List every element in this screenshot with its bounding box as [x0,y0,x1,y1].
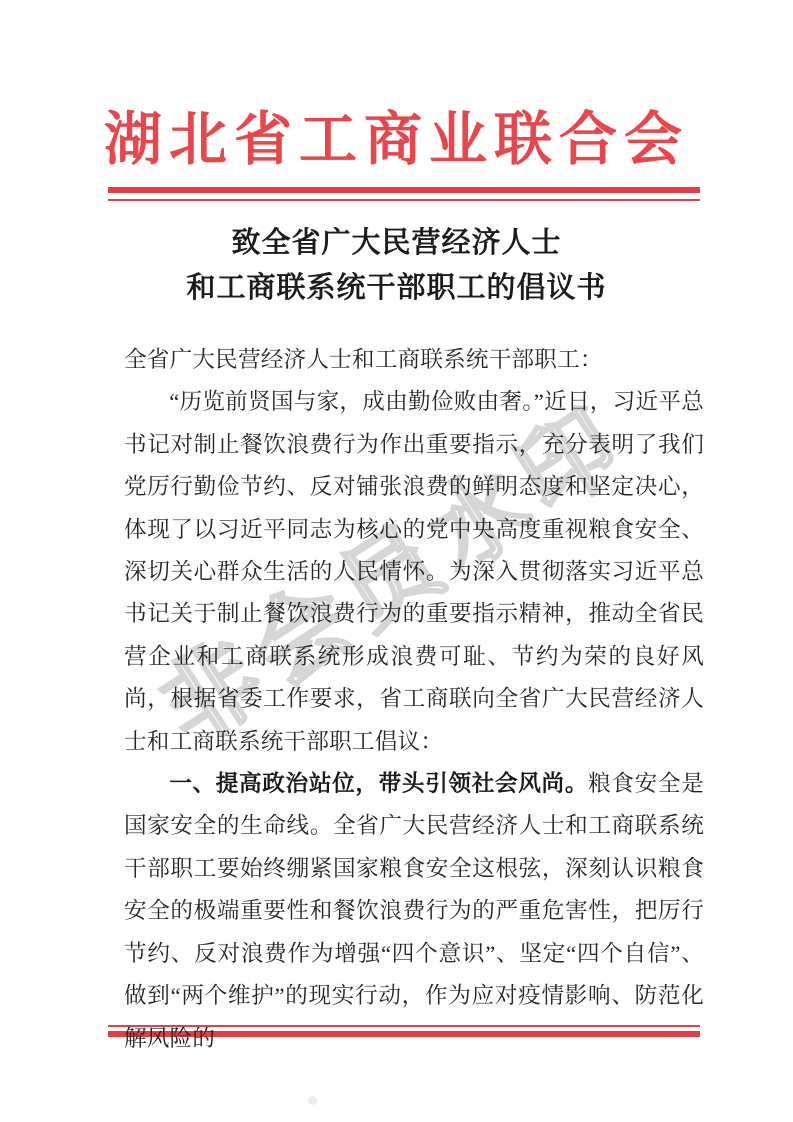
document-page: 非会员水印 湖北省工商业联合会 致全省广大民营经济人士 和工商联系统干部职工的倡… [0,0,793,1122]
document-body: 全省广大民营经济人士和工商联系统干部职工： “历览前贤国与家，成由勤俭败由奢。”… [124,339,704,1060]
body-paragraph-1: “历览前贤国与家，成由勤俭败由奢。”近日，习近平总书记对制止餐饮浪费行为作出重要… [124,381,704,763]
body-paragraph-2: 一、提高政治站位，带头引领社会风尚。粮食安全是国家安全的生命线。全省广大民营经济… [124,763,704,1060]
paragraph-2-text: 粮食安全是国家安全的生命线。全省广大民营经济人士和工商联系统干部职工要始终绷紧国… [124,771,704,1050]
paragraph-2-bold-heading: 一、提高政治站位，带头引领社会风尚。 [169,771,588,796]
document-title-line2: 和工商联系统干部职工的倡议书 [0,266,793,311]
document-title: 致全省广大民营经济人士 和工商联系统干部职工的倡议书 [0,221,793,311]
header-rule-thick [108,187,700,193]
document-title-line1: 致全省广大民营经济人士 [0,221,793,266]
header-rule-thin [108,199,700,201]
scan-artifact-dot [308,1096,317,1105]
letterhead-org-name: 湖北省工商业联合会 [100,92,693,176]
salutation: 全省广大民营经济人士和工商联系统干部职工： [124,339,704,381]
